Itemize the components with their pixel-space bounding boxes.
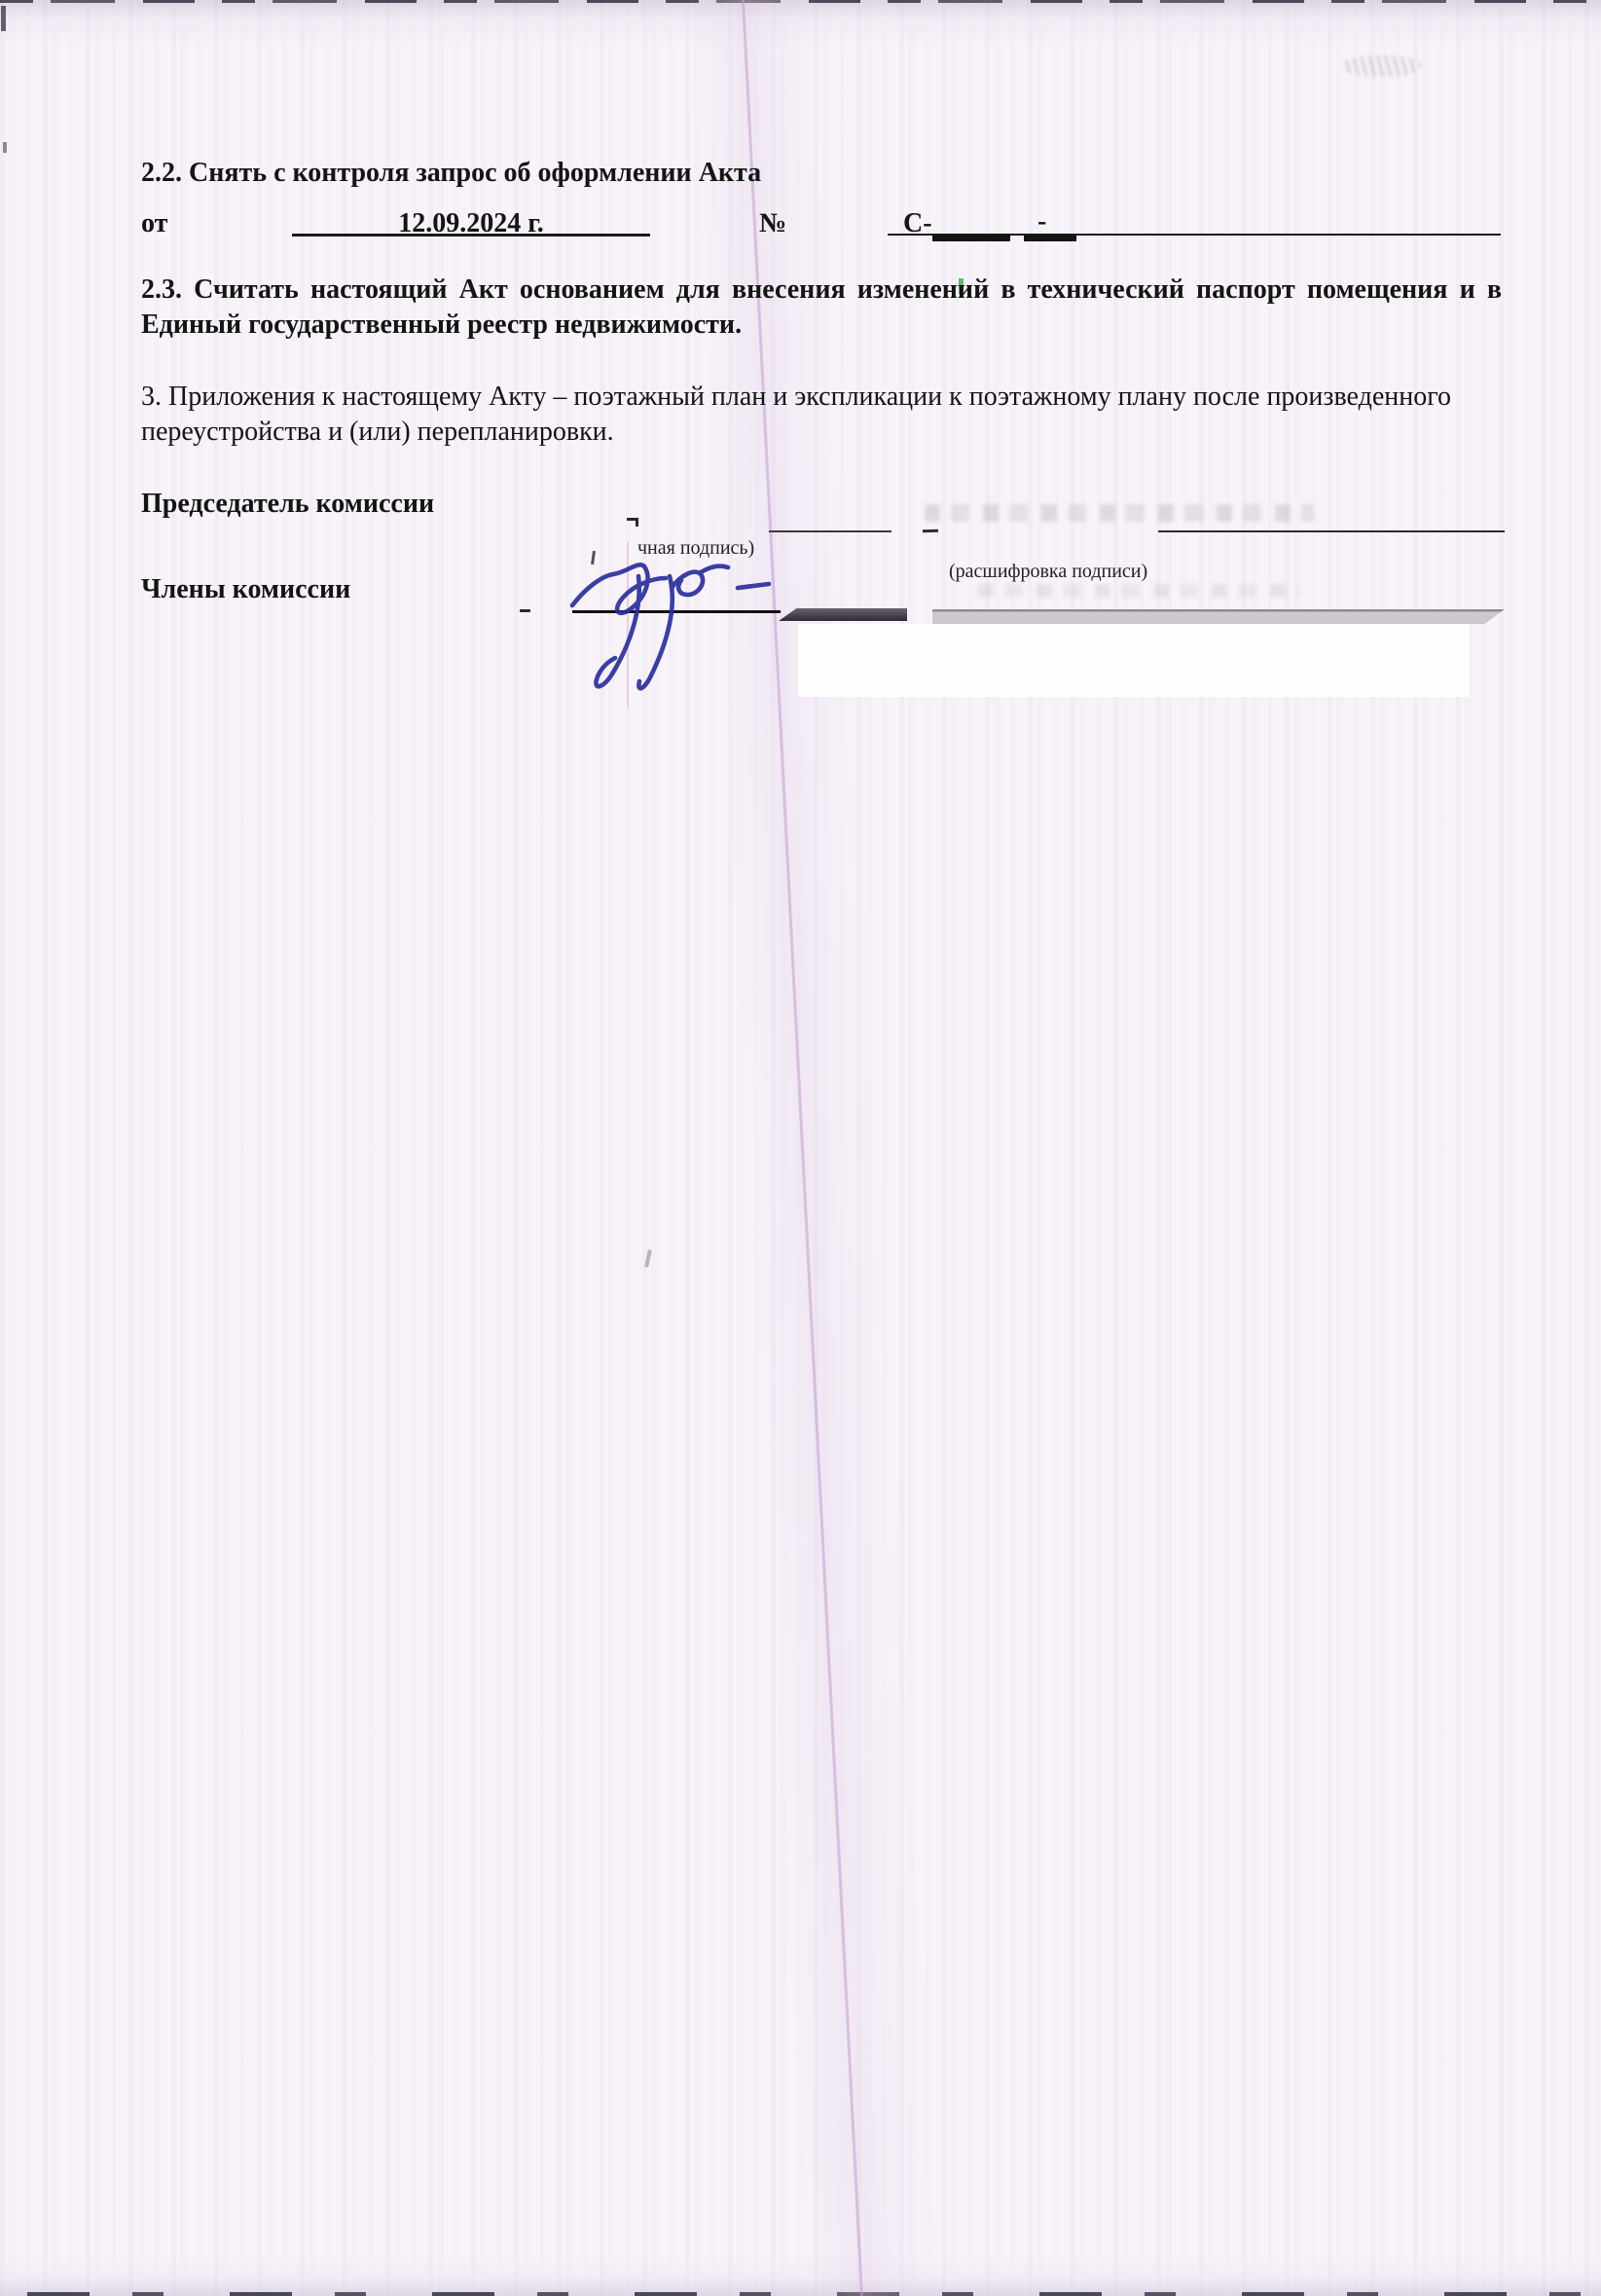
scan-bottom-edge-noise [0,2292,1601,2296]
whiteout-box [798,624,1470,697]
clause-2-2-text: 2.2. Снять с контроля запрос об оформлен… [141,156,761,191]
page-speck [644,1250,652,1267]
clause-2-3-line1: 2.3. Считать настоящий Акт основанием дл… [141,273,1502,308]
clause-3-paragraph: 3. Приложения к настоящему Акту – поэтаж… [141,380,1494,450]
transcript-line [1158,530,1505,532]
erased-text-ghost [925,504,1314,522]
case-number-blank-2 [1024,235,1076,241]
clause-3-line1: 3. Приложения к настоящему Акту – поэтаж… [141,380,1494,415]
date-underline [292,234,650,237]
number-sign: № [759,206,786,241]
personal-signature-line-remnant [769,530,891,532]
dash-mark [520,609,530,612]
handwritten-signature [545,537,798,703]
stray-mark [636,518,638,527]
dash-mark [923,529,938,533]
members-signature-line [572,610,781,613]
scan-streak-texture [0,0,1601,2296]
clause-2-3-line2: Единый государственный реестр недвижимос… [141,308,1502,343]
members-label: Члены комиссии [141,572,350,607]
scan-top-shading [0,0,1601,47]
transcript-caption: (расшифровка подписи) [949,561,1147,583]
erased-text-ghost [978,584,1299,598]
scan-top-edge-noise [0,0,1601,3]
clause-2-3-paragraph: 2.3. Считать настоящий Акт основанием дл… [141,273,1502,343]
chairman-label: Председатель комиссии [141,487,434,522]
case-number-blank-1 [932,235,1010,241]
scan-bottom-shading [0,2255,1601,2296]
pencil-smudge-artifact [1341,55,1421,77]
redaction-bar-gray [932,609,1505,624]
redaction-bar-dark [779,608,907,621]
edge-speck [3,142,7,153]
scanned-act-page: 2.2. Снять с контроля запрос об оформлен… [0,0,1601,2296]
crease-line [742,0,862,2296]
case-number-prefix: С- [903,206,932,241]
edge-speck [1,6,6,31]
date-from-label: от [141,206,167,241]
crease-shadow [687,0,942,2296]
crease-line-short [627,541,629,709]
clause-3-line2: переустройства и (или) перепланировки. [141,415,1494,450]
personal-signature-caption: чная подпись) [637,537,754,560]
stray-mark [591,551,596,565]
